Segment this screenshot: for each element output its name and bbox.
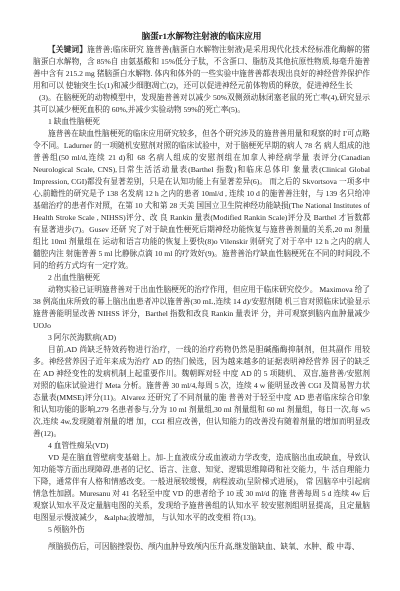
document-page: 脑蛋r1水解物注射液的临床应用 【关键词】施普善;临床研究 施普善(脑蛋白水解物… [0, 0, 400, 591]
intro-paragraph: (3)。在脑梗死的动物模型中，发现施普善对以减少 50%双侧颈动脉闭塞老鼠的死亡… [33, 92, 370, 116]
section-3-body: 目前,AD 尚缺乏特效药物进行治疗，一线的治疗药物仍然是胆碱酯酶抑制剂，但其副作… [33, 344, 370, 440]
section-1-heading: 1 缺血性脑梗死 [33, 116, 370, 128]
section-3-heading: 3 阿尔茨海默病(AD) [33, 332, 370, 344]
keywords-label: 【关键词】 [48, 45, 87, 54]
section-4-heading: 4 血管性痴呆(VD) [33, 440, 370, 452]
document-title: 脑蛋r1水解物注射液的临床应用 [33, 30, 370, 43]
section-4-body: VD 是在脑血管壁病变基础上。加-上血液成分或血液动力学改变，造成脑出血或缺血，… [33, 452, 370, 524]
section-5-heading: 5 颅脑外伤 [33, 524, 370, 536]
section-1-body: 施普善在缺血性脑梗死的临床应用研究较多，但各个研究涉及的施普善用量和观察的时 I… [33, 128, 370, 272]
keywords-paragraph: 【关键词】施普善;临床研究 施普善(脑蛋白水解物注射液)是采用现代化技术经标准化… [33, 44, 370, 92]
section-2-body: 动物实验已证明施普善对于出血性脑梗死的治疗作用，但应用于临床研究佼少。 Maxi… [33, 284, 370, 332]
section-5-body: 颅脑损伤后，可因脑挫裂伤、颅内血肿导致颅内压升高,继发脑缺血、缺氧、水肿、酸 中… [33, 541, 370, 553]
section-2-heading: 2 出血性脑梗死 [33, 272, 370, 284]
